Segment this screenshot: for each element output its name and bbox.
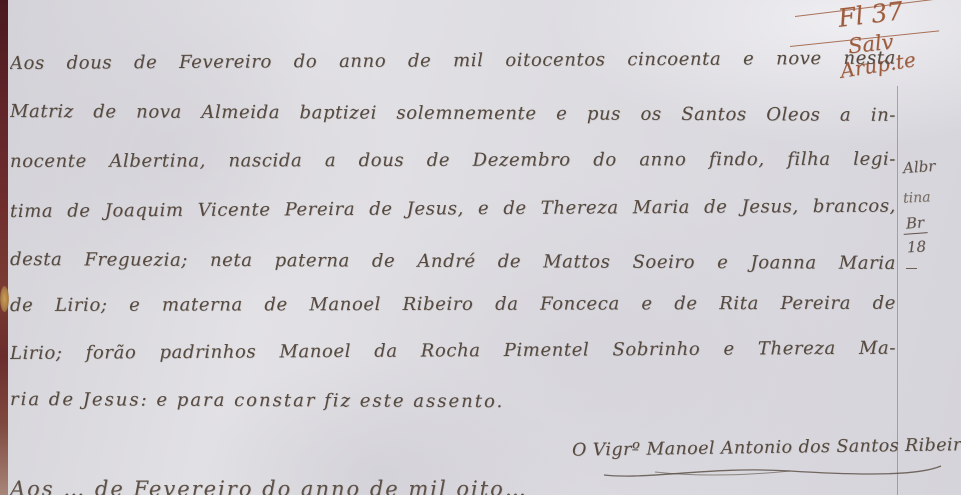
manuscript-line: desta Freguezia; neta paterna de André d… — [10, 246, 896, 282]
margin-note: Br — [902, 213, 928, 235]
manuscript-line: ria de Jesus: e para constar fiz este as… — [10, 386, 896, 422]
manuscript-line: tima de Joaquim Vicente Pereira de Jesus… — [10, 193, 896, 230]
margin-note: tina — [903, 189, 931, 206]
manuscript-line: Aos dous de Fevereiro do anno de mil oit… — [10, 45, 896, 82]
manuscript-page: Fl 37 Salv Arup.te Aos dous de Fevereiro… — [0, 0, 961, 495]
binding-wax-spot — [0, 286, 9, 312]
manuscript-line: de Lirio; e materna de Manoel Ribeiro da… — [10, 290, 896, 324]
folio-number-note: Fl 37 — [836, 0, 904, 33]
margin-rule-line — [897, 86, 898, 495]
next-record-partial-line: Aos … de Fevereiro do anno de mil oito… — [10, 477, 950, 495]
margin-note: 18 — [903, 237, 927, 256]
margin-note-dash — [906, 268, 917, 269]
book-binding-edge — [0, 0, 8, 495]
manuscript-line: Matriz de nova Almeida baptizei solemnem… — [10, 98, 896, 134]
priest-signature: O Vigrº Manoel Antonio dos Santos Ribeir… — [572, 435, 952, 460]
manuscript-line: nocente Albertina, nascida a dous de Dez… — [10, 146, 896, 180]
manuscript-line: Lirio; forão padrinhos Manoel da Rocha P… — [10, 335, 896, 372]
margin-note: Albr — [902, 157, 936, 177]
